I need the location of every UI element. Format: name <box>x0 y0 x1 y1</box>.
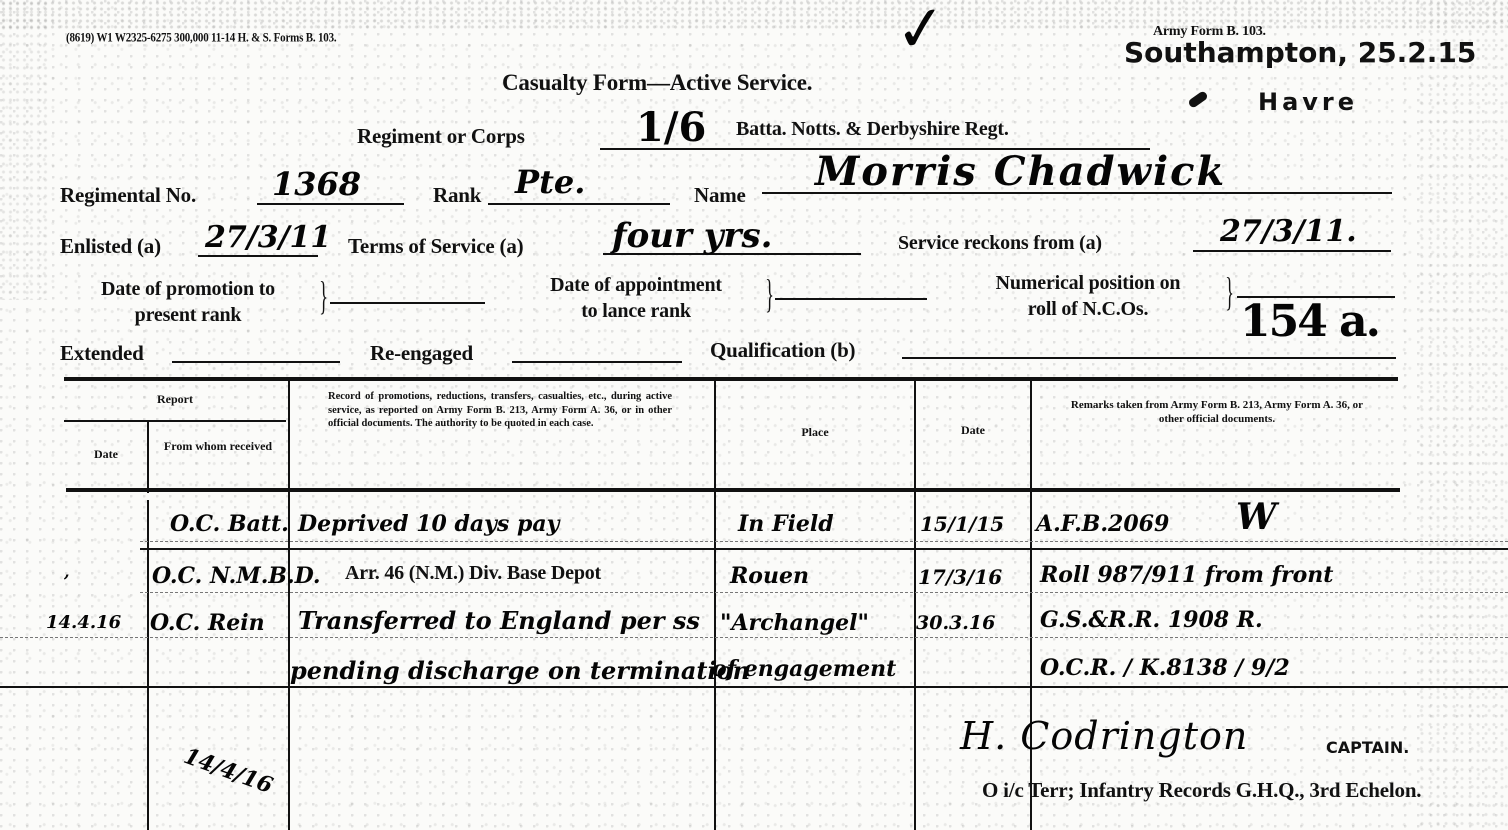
row-divider <box>140 548 1508 550</box>
promotion-underline <box>330 302 485 304</box>
nco-position-value: 154 a. <box>1240 296 1379 347</box>
column-divider <box>1030 380 1032 830</box>
form-title: Casualty Form—Active Service. <box>502 70 812 96</box>
terms-of-service-value: four yrs. <box>612 216 772 256</box>
rank-value: Pte. <box>515 163 585 201</box>
name-label: Name <box>694 183 746 208</box>
row-divider <box>0 686 1508 688</box>
table-header-bottom-border <box>66 488 1400 492</box>
lance-underline <box>775 298 927 300</box>
check-mark-icon: ✓ <box>891 0 950 68</box>
column-divider <box>914 380 916 830</box>
nco-position-label: Numerical position on roll of N.C.Os. <box>948 270 1228 322</box>
brace-icon: } <box>765 274 774 314</box>
row1-date: 15/1/15 <box>920 512 1004 536</box>
signature-title: CAPTAIN. <box>1326 738 1409 757</box>
report-subheader-border <box>64 420 286 422</box>
row4-remarks: O.C.R. / K.8138 / 9/2 <box>1040 655 1290 681</box>
scan-noise-top <box>0 0 1508 30</box>
table-top-border <box>64 377 1398 381</box>
header-from-whom: From whom received <box>158 440 278 453</box>
qualification-label: Qualification (b) <box>710 338 855 363</box>
promotion-label: Date of promotion to present rank <box>58 276 318 328</box>
row3-place: "Archangel" <box>720 610 869 636</box>
print-code: (8619) W1 W2325-6275 300,000 11-14 H. & … <box>66 31 336 44</box>
row2-date: 17/3/16 <box>918 565 1002 589</box>
row1-initials: W <box>1236 496 1276 538</box>
row2-remarks: Roll 987/911 from front <box>1040 562 1333 588</box>
name-value: Morris Chadwick <box>815 148 1226 195</box>
row4-record: pending discharge on termination <box>290 656 750 685</box>
enlisted-underline <box>198 255 318 257</box>
lance-rank-label: Date of appointment to lance rank <box>507 272 765 324</box>
row2-from-whom: O.C. N.M.B.D. <box>152 563 321 589</box>
signature: H. Codrington <box>960 714 1248 758</box>
regimental-no-label: Regimental No. <box>60 183 196 208</box>
ink-blot <box>1187 90 1209 109</box>
service-reckons-label: Service reckons from (a) <box>898 232 1102 255</box>
row1-place: In Field <box>738 511 834 537</box>
terms-of-service-label: Terms of Service (a) <box>348 234 523 259</box>
header-place: Place <box>716 426 914 439</box>
scan-noise-right <box>1418 0 1508 830</box>
casualty-form-document: (8619) W1 W2325-6275 300,000 11-14 H. & … <box>0 0 1508 830</box>
row-guide <box>140 541 1508 542</box>
extended-underline <box>172 361 340 363</box>
row3-record: Transferred to England per ss <box>298 606 700 635</box>
regimental-no-underline <box>257 203 404 205</box>
stamp-southampton: Southampton, 25.2.15 <box>1124 36 1476 69</box>
rank-label: Rank <box>433 183 481 208</box>
row2-record: Arr. 46 (N.M.) Div. Base Depot <box>345 562 601 585</box>
service-reckons-value: 27/3/11. <box>1220 214 1357 249</box>
stamp-havre: Havre <box>1258 88 1358 116</box>
header-remarks: Remarks taken from Army Form B. 213, Arm… <box>1064 398 1370 426</box>
margin-date-note: 14/4/16 <box>180 743 276 799</box>
row3-from-whom: O.C. Rein <box>150 610 265 636</box>
row1-record: Deprived 10 days pay <box>298 511 559 537</box>
reengaged-label: Re-engaged <box>370 341 473 366</box>
row1-remarks: A.F.B.2069 <box>1036 511 1169 537</box>
scan-noise-left <box>0 0 50 300</box>
row3-date2: 30.3.16 <box>916 612 995 634</box>
row3-remarks: G.S.&R.R. 1908 R. <box>1040 607 1263 633</box>
signature-office: O i/c Terr; Infantry Records G.H.Q., 3rd… <box>982 778 1421 803</box>
regiment-printed-value: Batta. Notts. & Derbyshire Regt. <box>736 118 1009 141</box>
column-divider <box>288 380 290 830</box>
reengaged-underline <box>512 361 682 363</box>
brace-icon: } <box>1225 272 1234 312</box>
extended-label: Extended <box>60 341 144 366</box>
rank-underline <box>488 203 670 205</box>
header-record: Record of promotions, reductions, transf… <box>328 390 672 431</box>
row-guide <box>140 592 1508 593</box>
header-report: Report <box>64 393 286 406</box>
regimental-no-value: 1368 <box>272 165 361 203</box>
row4-place: of engagement <box>712 656 896 682</box>
header-date2: Date <box>916 424 1030 437</box>
row3-date: 14.4.16 <box>46 612 121 633</box>
header-date: Date <box>66 448 146 461</box>
row-guide <box>0 637 1508 638</box>
reckons-underline <box>1193 250 1391 252</box>
column-divider <box>714 380 716 830</box>
row2-place: Rouen <box>730 563 809 589</box>
row1-from-whom: O.C. Batt. <box>170 511 289 537</box>
enlisted-value: 27/3/11 <box>205 220 331 255</box>
enlisted-label: Enlisted (a) <box>60 234 161 259</box>
brace-icon: } <box>319 276 328 316</box>
row2-tick-mark: , <box>64 562 70 581</box>
regiment-label: Regiment or Corps <box>357 124 525 149</box>
column-divider <box>147 421 149 493</box>
regiment-value: 1/6 <box>636 104 706 151</box>
qualification-underline <box>902 357 1396 359</box>
